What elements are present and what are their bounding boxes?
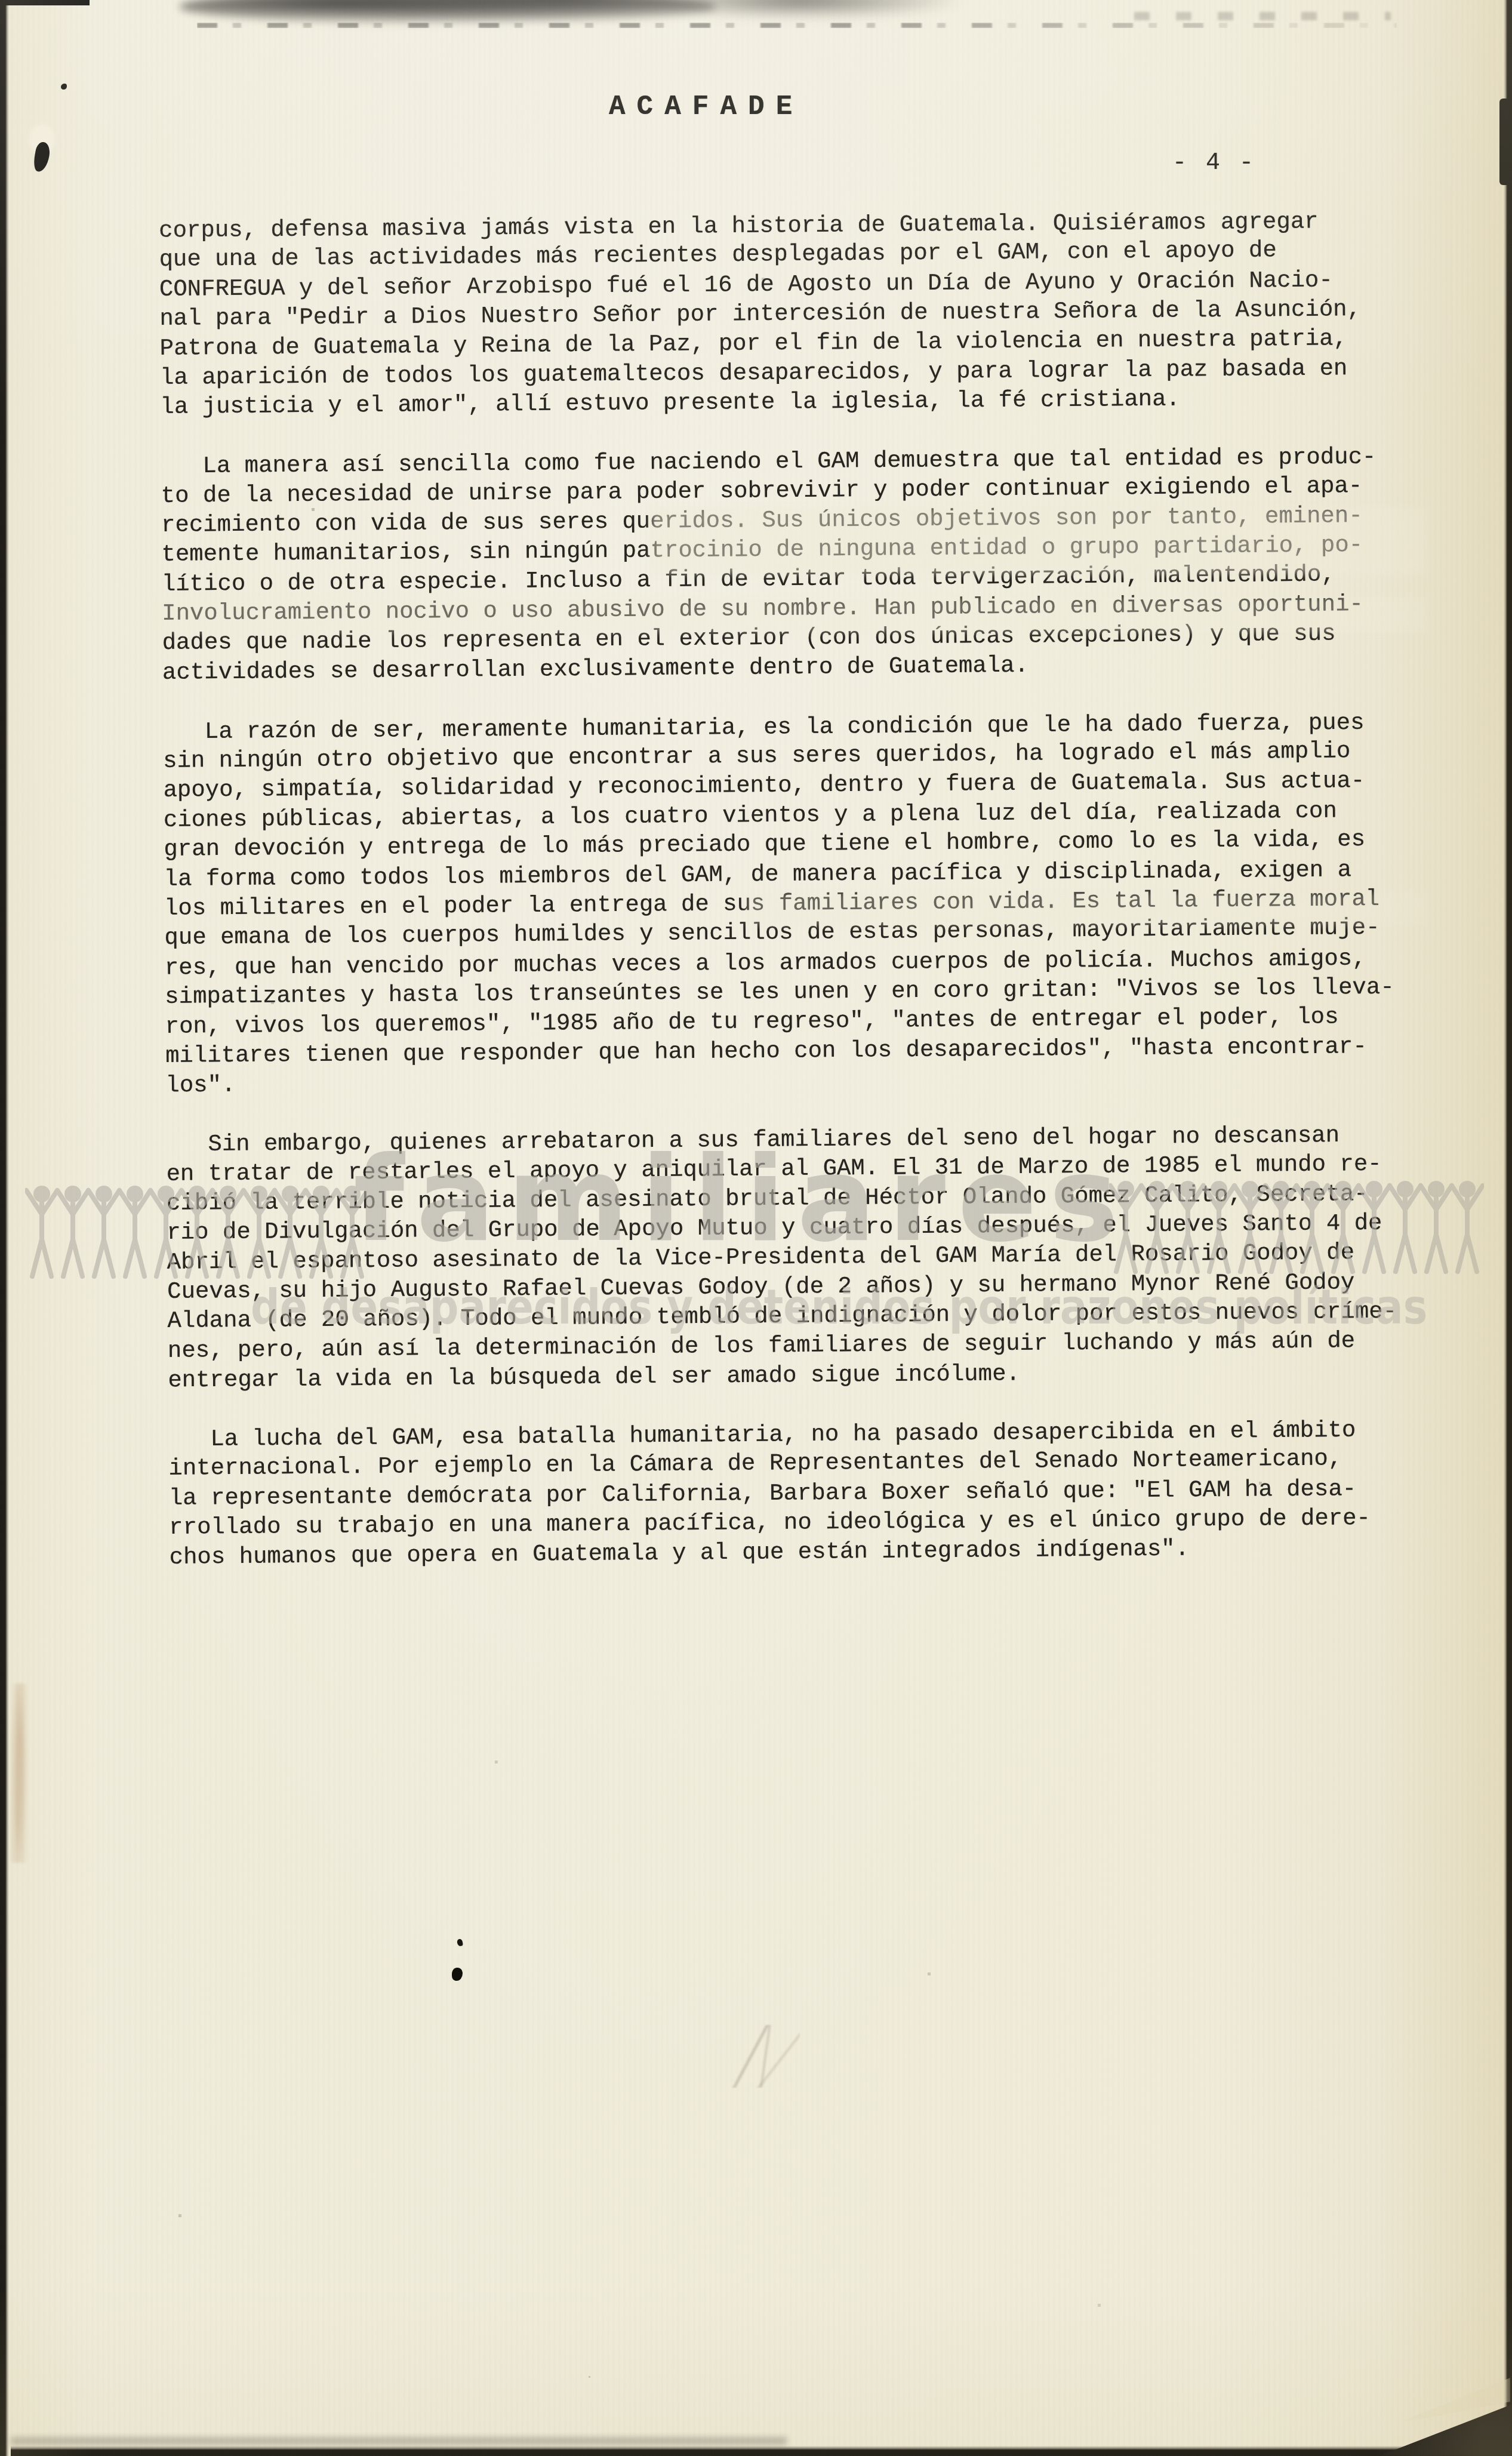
scan-shadow	[11, 2437, 787, 2445]
ink-dot	[452, 1968, 463, 1981]
scan-smudge	[633, 0, 967, 19]
paragraph: La manera así sencilla como fue naciendo…	[161, 442, 1410, 688]
scan-edge	[0, 0, 90, 5]
scan-edge	[0, 0, 9, 2456]
scan-smudge	[179, 0, 716, 24]
scan-smudge	[197, 23, 1397, 28]
page-title: ACAFADE	[609, 93, 803, 121]
paragraph: corpus, defensa masiva jamás vista en la…	[159, 207, 1408, 423]
scan-edge	[11, 2446, 1512, 2456]
scanned-document-page: ACAFADE - 4 - corpus, defensa masiva jam…	[0, 0, 1512, 2456]
scan-smudge	[1134, 12, 1391, 20]
page-number: - 4 -	[1172, 152, 1256, 176]
scan-edge	[1499, 99, 1512, 185]
paper-blemish	[29, 124, 55, 155]
stain-mark	[11, 1684, 29, 1863]
paragraph: La razón de ser, meramente humanitaria, …	[163, 707, 1414, 1100]
ink-dot	[61, 84, 67, 90]
ink-blot	[32, 141, 51, 173]
document-body: corpus, defensa masiva jamás vista en la…	[159, 207, 1417, 1572]
page-curl-highlight	[1403, 2373, 1510, 2421]
dust-specks	[0, 0, 2, 2]
pencil-smudge	[710, 2025, 800, 2088]
paragraph: La lucha del GAM, esa batalla humanitari…	[168, 1415, 1417, 1572]
scan-edge	[1504, 0, 1512, 2456]
paragraph: Sin embargo, quienes arrebataron a sus f…	[166, 1121, 1415, 1396]
page-curl-shadow	[1379, 2400, 1512, 2456]
ink-dot	[457, 1938, 463, 1947]
